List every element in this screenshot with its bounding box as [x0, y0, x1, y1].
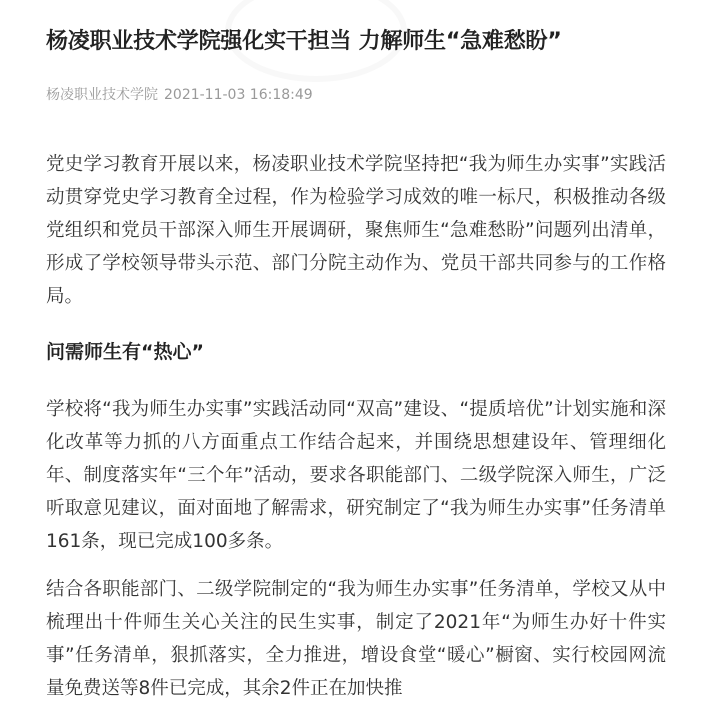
article-timestamp: 2021-11-03 16:18:49 [164, 87, 313, 103]
paragraph-ten-items: 结合各职能部门、二级学院制定的“我为师生办实事”任务清单，学校又从中梳理出十件师… [46, 573, 666, 705]
article-source[interactable]: 杨凌职业技术学院 [46, 87, 158, 103]
article-meta: 杨凌职业技术学院2021-11-03 16:18:49 [46, 84, 319, 104]
article-title: 杨凌职业技术学院强化实干担当 力解师生“急难愁盼” [46, 24, 562, 55]
section-heading: 问需师生有“热心” [46, 337, 204, 364]
paragraph-tasks: 学校将“我为师生办实事”实践活动同“双高”建设、“提质培优”计划实施和深化改革等… [46, 393, 666, 558]
paragraph-intro: 党史学习教育开展以来，杨凌职业技术学院坚持把“我为师生办实事”实践活动贯穿党史学… [46, 148, 666, 313]
